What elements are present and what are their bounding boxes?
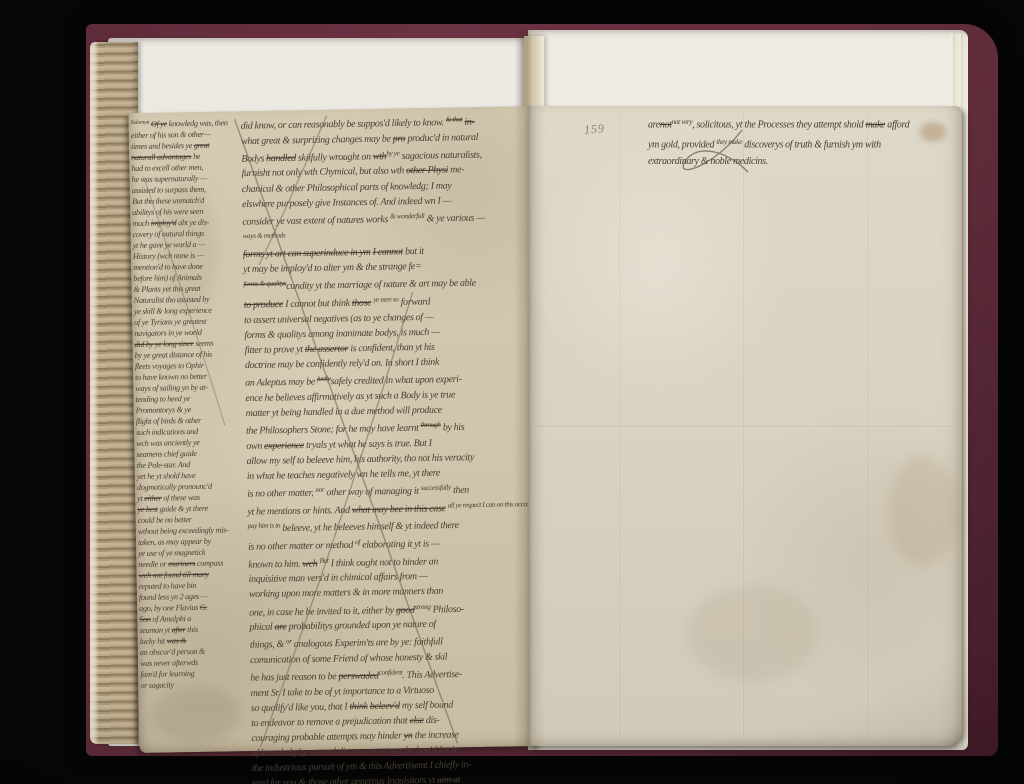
main-text-block: did know, or can reasonably be suppos'd … — [241, 111, 541, 784]
right-page-text: arenotnot very, solicitous, yt the Proce… — [648, 114, 958, 171]
manuscript-leaf-right: 159 arenotnot very, solicitous, yt the P… — [528, 106, 962, 746]
stain — [688, 586, 818, 681]
manuscript-leaf-left: Solomon Of ye knowledg was, theneither o… — [128, 106, 541, 753]
margin-annotations: Solomon Of ye knowledg was, theneither o… — [131, 116, 253, 691]
manuscript-photo: Solomon Of ye knowledg was, theneither o… — [0, 0, 1024, 784]
folio-number: 159 — [583, 121, 605, 138]
gutter-stub — [524, 36, 544, 110]
stain — [151, 686, 242, 743]
fold-crease — [536, 426, 951, 428]
stain — [888, 456, 958, 566]
